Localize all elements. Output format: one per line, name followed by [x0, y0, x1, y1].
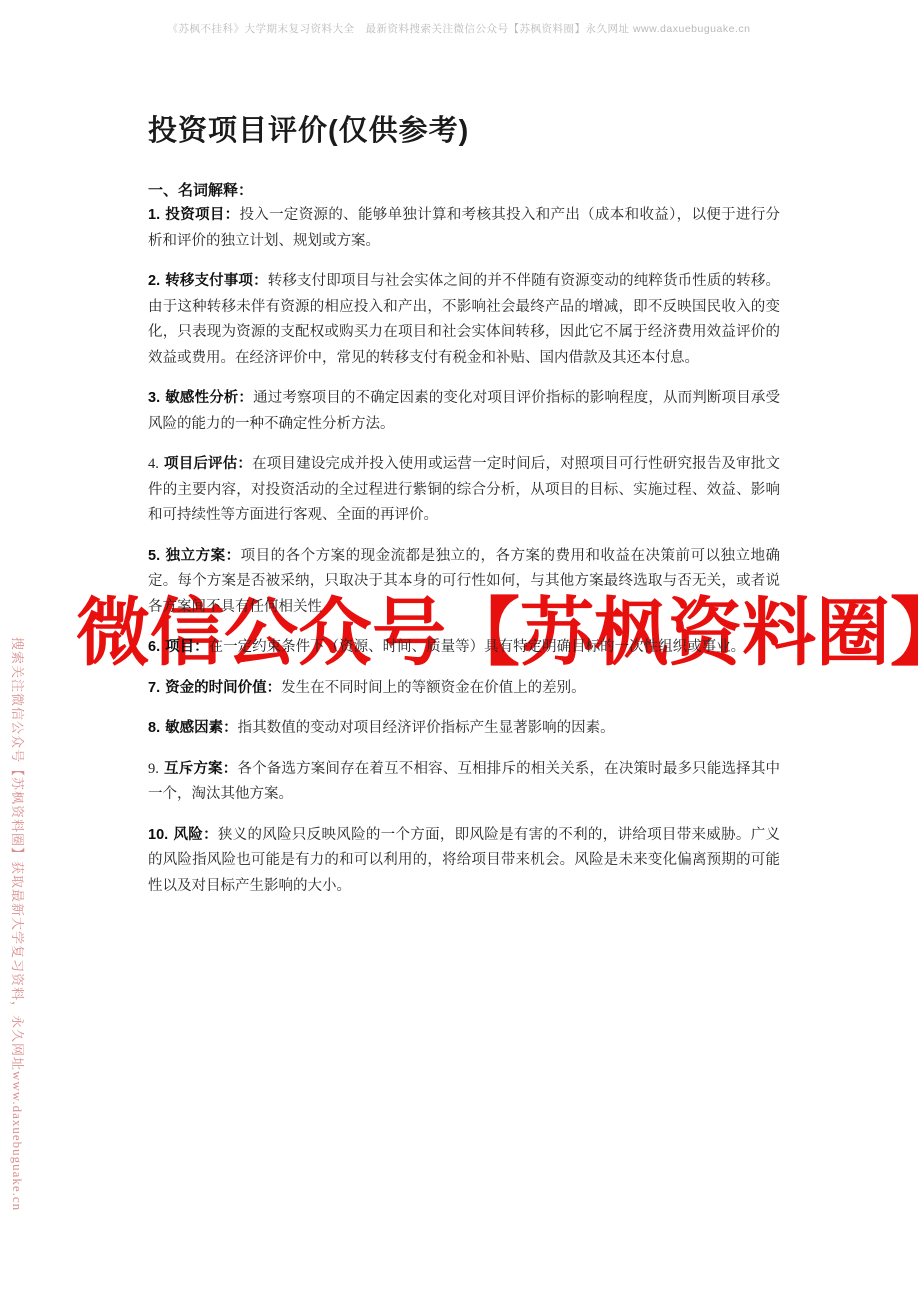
section-heading: 一、名词解释： — [148, 178, 780, 203]
document-page: 《苏枫不挂科》大学期末复习资料大全 最新资料搜索关注微信公众号【苏枫资料圈】永久… — [0, 0, 918, 1298]
side-watermark-text: 搜索关注微信公众号【苏枫资料圈】获取最新大学复习资料，永久网址www.daxue… — [9, 637, 28, 1211]
definition-number: 8. — [148, 720, 160, 736]
definition-item: 9.互斥方案：各个备选方案间存在着互不相容、互相排斥的相关关系，在决策时最多只能… — [148, 757, 780, 808]
definition-term: 独立方案： — [165, 548, 241, 564]
definition-item: 2.转移支付事项：转移支付即项目与社会实体之间的并不伴随有资源变动的纯粹货币性质… — [148, 269, 780, 371]
page-header-note: 《苏枫不挂科》大学期末复习资料大全 最新资料搜索关注微信公众号【苏枫资料圈】永久… — [0, 21, 918, 36]
definition-body: 各个备选方案间存在着互不相容、互相排斥的相关关系，在决策时最多只能选择其中一个，… — [148, 761, 780, 803]
definition-number: 10. — [148, 827, 168, 843]
definition-term: 项目： — [165, 639, 209, 655]
definition-item: 3.敏感性分析：通过考察项目的不确定因素的变化对项目评价指标的影响程度，从而判断… — [148, 386, 780, 437]
definition-number: 6. — [148, 639, 160, 655]
definition-item: 4.项目后评估：在项目建设完成并投入使用或运营一定时间后，对照项目可行性研究报告… — [148, 452, 780, 529]
definition-term: 互斥方案： — [164, 761, 238, 777]
definition-number: 4. — [148, 456, 159, 472]
document-body: 投资项目评价(仅供参考) 一、名词解释： 1.投资项目：投入一定资源的、能够单独… — [148, 108, 780, 914]
definition-body: 发生在不同时间上的等额资金在价值上的差别。 — [281, 680, 586, 696]
definition-body: 狭义的风险只反映风险的一个方面，即风险是有害的不利的，讲给项目带来威胁。广义的风… — [148, 827, 780, 894]
definitions-list: 1.投资项目：投入一定资源的、能够单独计算和考核其投入和产出（成本和收益），以便… — [148, 203, 780, 899]
definition-item: 1.投资项目：投入一定资源的、能够单独计算和考核其投入和产出（成本和收益），以便… — [148, 203, 780, 254]
definition-number: 2. — [148, 273, 160, 289]
definition-body: 在一定约束条件下（资源、时间、质量等）具有特定明确目标的一次性组织或事业。 — [209, 639, 746, 655]
definition-term: 投资项目： — [165, 207, 239, 223]
definition-term: 资金的时间价值： — [165, 680, 281, 696]
definition-item: 10.风险：狭义的风险只反映风险的一个方面，即风险是有害的不利的，讲给项目带来威… — [148, 823, 780, 900]
definition-term: 项目后评估： — [164, 456, 252, 472]
page-title: 投资项目评价(仅供参考) — [148, 108, 780, 149]
definition-item: 5.独立方案：项目的各个方案的现金流都是独立的，各方案的费用和收益在决策前可以独… — [148, 544, 780, 621]
definition-item: 7.资金的时间价值：发生在不同时间上的等额资金在价值上的差别。 — [148, 676, 780, 702]
definition-body: 项目的各个方案的现金流都是独立的，各方案的费用和收益在决策前可以独立地确定。每个… — [148, 548, 780, 615]
definition-item: 6.项目：在一定约束条件下（资源、时间、质量等）具有特定明确目标的一次性组织或事… — [148, 635, 780, 661]
definition-number: 7. — [148, 680, 160, 696]
definition-body: 投入一定资源的、能够单独计算和考核其投入和产出（成本和收益），以便于进行分析和评… — [148, 207, 780, 249]
definition-number: 3. — [148, 390, 160, 406]
definition-term: 敏感因素： — [165, 720, 238, 736]
definition-term: 敏感性分析： — [165, 390, 253, 406]
definition-number: 9. — [148, 761, 159, 777]
definition-number: 5. — [148, 548, 160, 564]
definition-item: 8.敏感因素：指其数值的变动对项目经济评价指标产生显著影响的因素。 — [148, 716, 780, 742]
definition-body: 指其数值的变动对项目经济评价指标产生显著影响的因素。 — [238, 720, 615, 736]
definition-number: 1. — [148, 207, 160, 223]
definition-term: 转移支付事项： — [165, 273, 268, 289]
definition-term: 风险： — [173, 827, 218, 843]
